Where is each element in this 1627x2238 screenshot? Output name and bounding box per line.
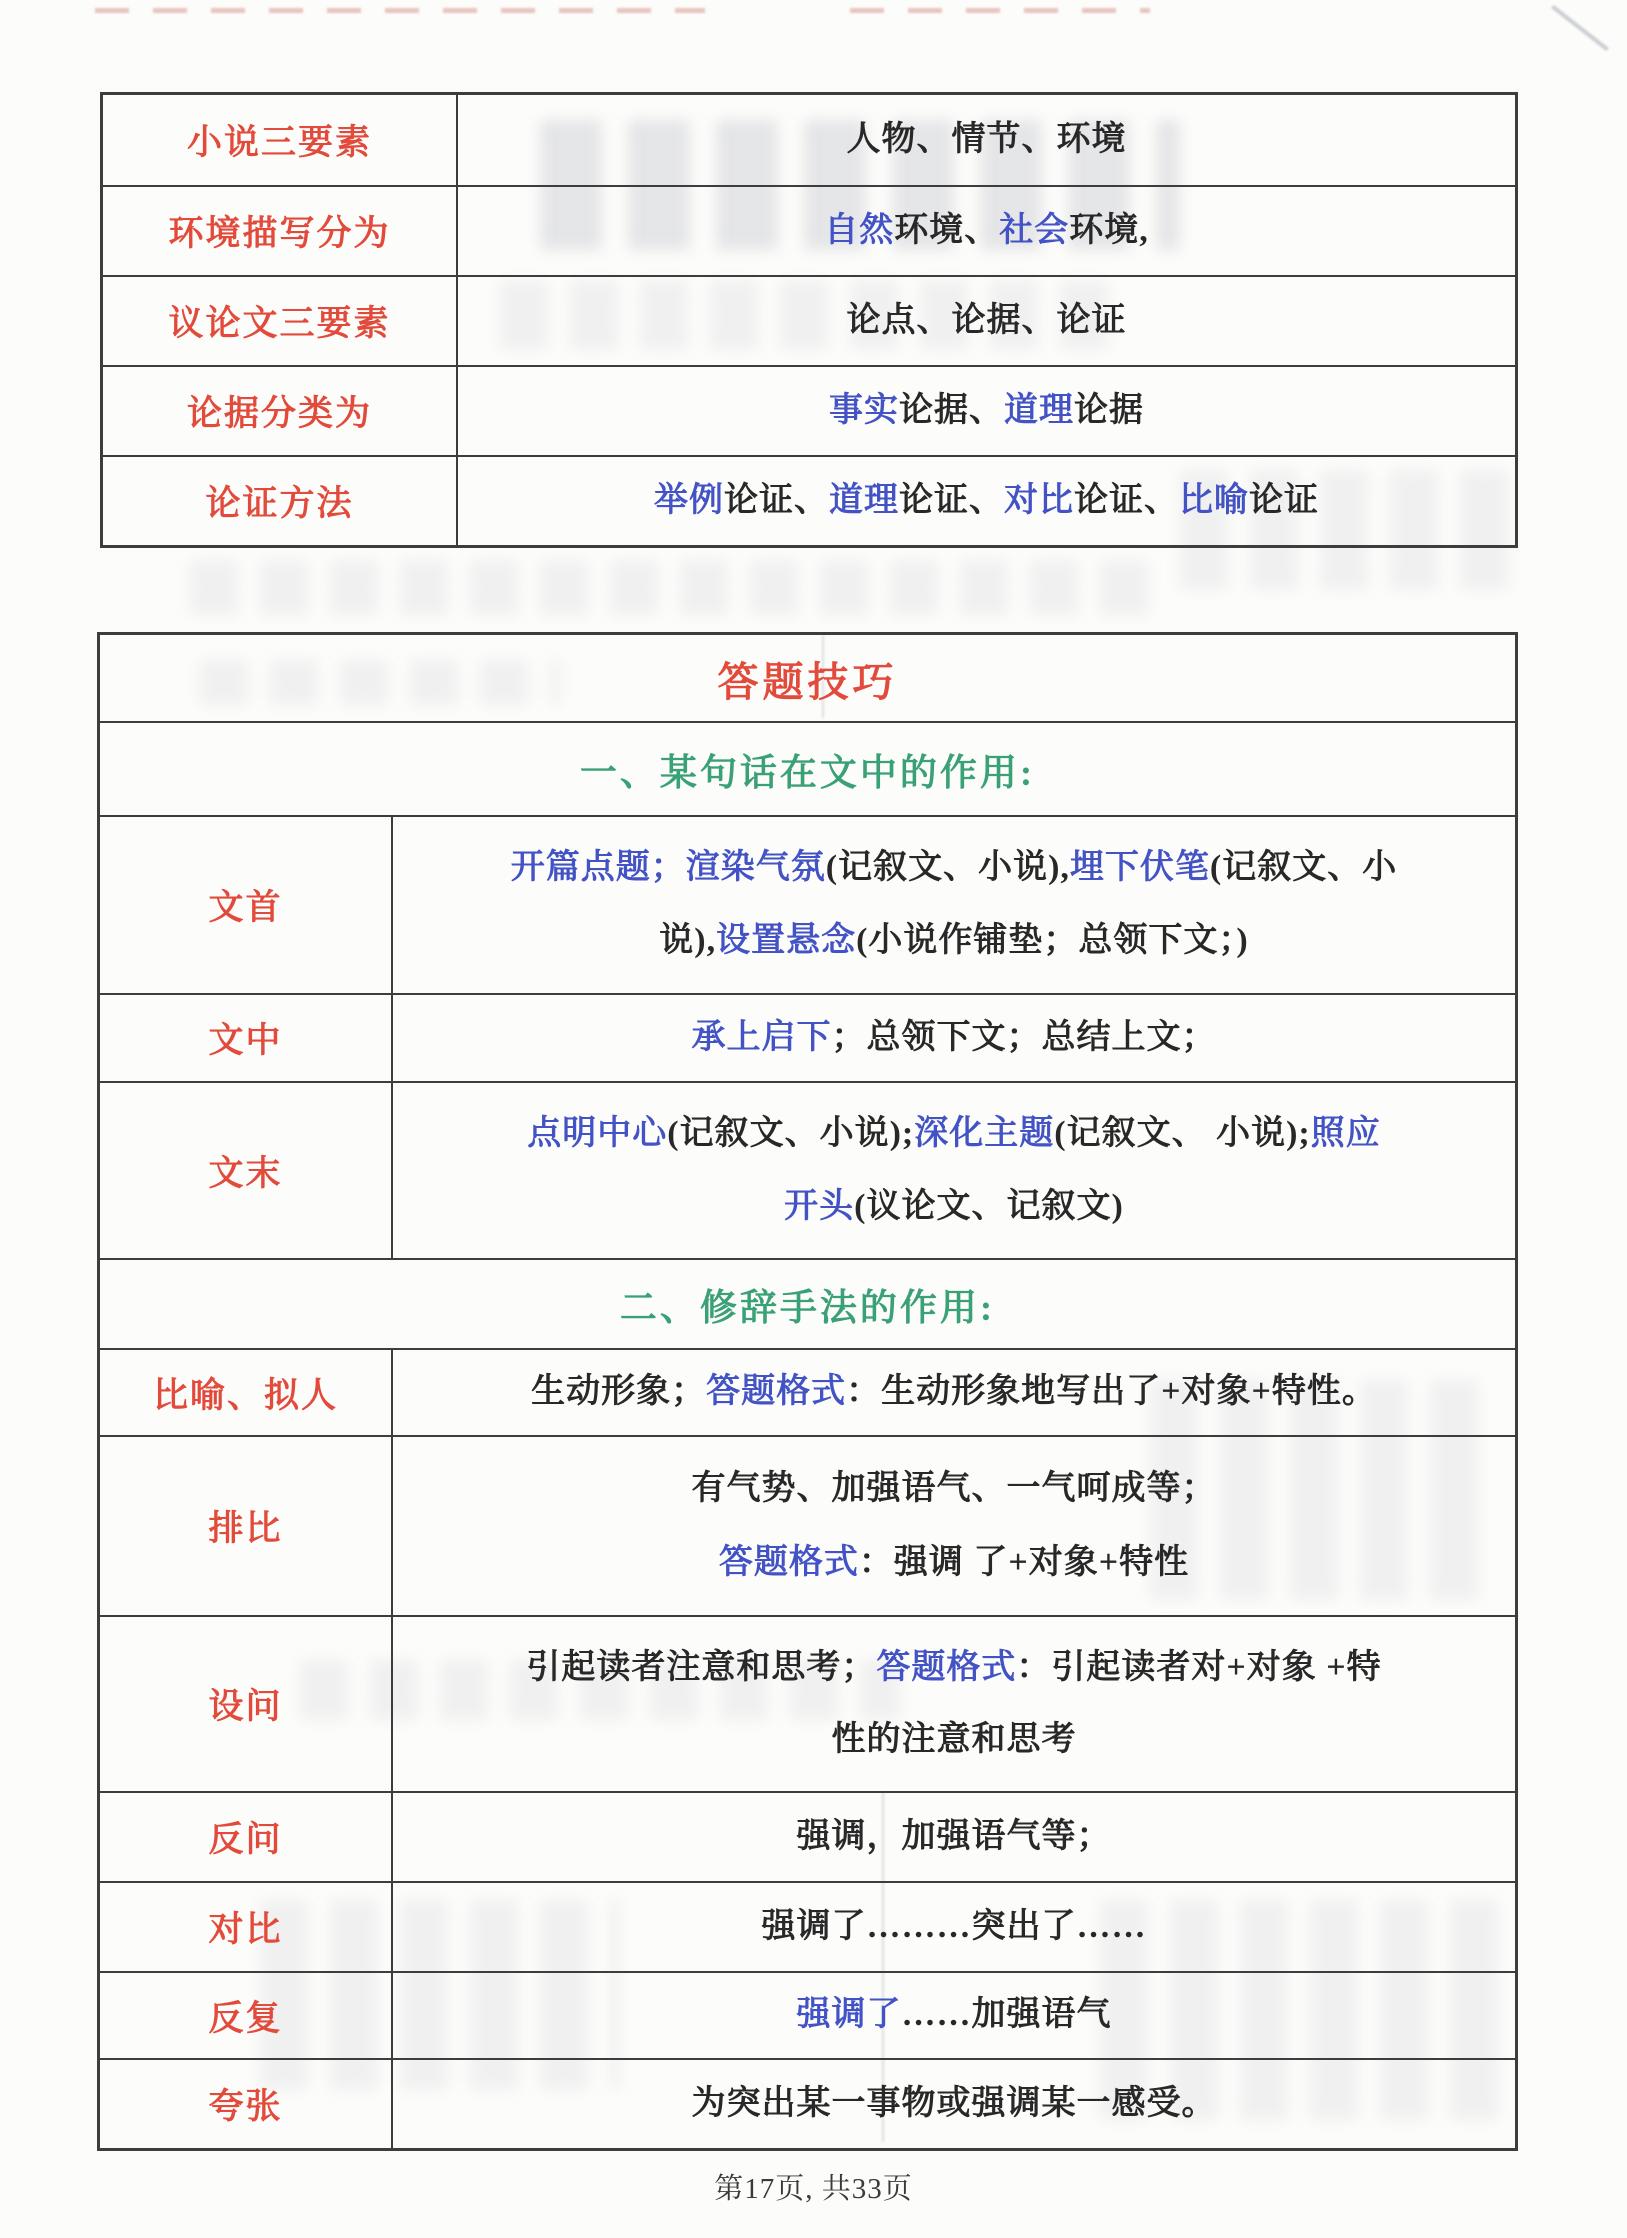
row-content: 事实论据、道理论据 bbox=[458, 367, 1515, 455]
literary-elements-table: 小说三要素人物、情节、环境环境描写分为自然环境、社会环境,议论文三要素论点、论据… bbox=[100, 92, 1518, 548]
red-scan-dashes bbox=[850, 8, 1150, 13]
text-segment: 论点、论据、论证 bbox=[847, 302, 1127, 339]
text-segment: ……加强语气 bbox=[902, 1996, 1112, 2033]
row-label: 比喻、拟人 bbox=[100, 1350, 393, 1435]
table-row: 小说三要素人物、情节、环境 bbox=[103, 95, 1515, 185]
text-segment: 深化主题 bbox=[914, 1115, 1054, 1152]
row-content: 人物、情节、环境 bbox=[458, 95, 1515, 185]
table-row: 设问引起读者注意和思考；答题格式：引起读者对+对象 +特性的注意和思考 bbox=[100, 1615, 1515, 1791]
text-line: 论点、论据、论证 bbox=[847, 300, 1127, 343]
text-segment: 说), bbox=[659, 922, 716, 959]
table-row: 文中承上启下；总领下文；总结上文； bbox=[100, 993, 1515, 1081]
table-row: 排比有气势、加强语气、一气呵成等；答题格式：强调 了+对象+特性 bbox=[100, 1435, 1515, 1615]
row-content: 自然环境、社会环境, bbox=[458, 187, 1515, 275]
text-segment: 答题格式 bbox=[706, 1373, 846, 1410]
text-segment: 渲染气氛 bbox=[686, 849, 826, 886]
text-segment: 论据 bbox=[1074, 392, 1144, 429]
table-row: 论据分类为事实论据、道理论据 bbox=[103, 365, 1515, 455]
text-segment: 道理 bbox=[829, 482, 899, 519]
row-label: 小说三要素 bbox=[103, 95, 458, 185]
text-segment: ：生动形象地写出了+对象+特性。 bbox=[846, 1373, 1377, 1410]
row-content: 为突出某一事物或强调某一感受。 bbox=[393, 2060, 1515, 2148]
table-row: 对比强调了………突出了…… bbox=[100, 1881, 1515, 1971]
text-segment: 论证、 bbox=[1074, 482, 1179, 519]
row-content: 强调了……加强语气 bbox=[393, 1973, 1515, 2058]
page-number: 第17页, 共33页 bbox=[0, 2166, 1627, 2207]
text-segment: 生动形象； bbox=[531, 1373, 706, 1410]
text-segment: 论证 bbox=[1249, 482, 1319, 519]
text-segment: (记叙文、小说); bbox=[667, 1115, 914, 1152]
row-content: 有气势、加强语气、一气呵成等；答题格式：强调 了+对象+特性 bbox=[393, 1437, 1515, 1615]
text-segment: 论证、 bbox=[724, 482, 829, 519]
row-label: 对比 bbox=[100, 1883, 393, 1971]
text-segment: ：引起读者对+对象 +特 bbox=[1016, 1649, 1381, 1686]
table-row: 文首开篇点题；渲染气氛(记叙文、小说),埋下伏笔(记叙文、小说),设置悬念(小说… bbox=[100, 815, 1515, 993]
row-content: 生动形象；答题格式：生动形象地写出了+对象+特性。 bbox=[393, 1350, 1515, 1435]
text-segment: 承上启下 bbox=[692, 1019, 832, 1056]
row-label: 文首 bbox=[100, 817, 393, 993]
row-label: 反问 bbox=[100, 1793, 393, 1881]
table-row: 夸张为突出某一事物或强调某一感受。 bbox=[100, 2058, 1515, 2148]
text-segment: 强调了………突出了…… bbox=[762, 1908, 1147, 1945]
table-row: 反复强调了……加强语气 bbox=[100, 1971, 1515, 2058]
text-segment: 环境、 bbox=[894, 212, 999, 249]
text-line: 自然环境、社会环境, bbox=[824, 210, 1149, 253]
text-line: 承上启下；总领下文；总结上文； bbox=[692, 1017, 1217, 1060]
row-label: 环境描写分为 bbox=[103, 187, 458, 275]
text-segment: (小说作铺垫；总领下文；) bbox=[856, 922, 1249, 959]
text-segment: 论据、 bbox=[899, 392, 1004, 429]
text-line: 强调了……加强语气 bbox=[797, 1994, 1112, 2037]
text-segment: 性的注意和思考 bbox=[832, 1721, 1077, 1758]
text-segment: 设置悬念 bbox=[716, 922, 856, 959]
text-segment: (记叙文、小 bbox=[1210, 849, 1397, 886]
text-line: 引起读者注意和思考；答题格式：引起读者对+对象 +特 bbox=[526, 1647, 1381, 1690]
text-segment: 比喻 bbox=[1179, 482, 1249, 519]
row-label: 反复 bbox=[100, 1973, 393, 2058]
row-label: 议论文三要素 bbox=[103, 277, 458, 365]
row-content: 举例论证、道理论证、对比论证、比喻论证 bbox=[458, 457, 1515, 545]
table-row: 文末点明中心(记叙文、小说);深化主题(记叙文、 小说);照应开头(议论文、记叙… bbox=[100, 1081, 1515, 1258]
text-segment: 强调，加强语气等； bbox=[797, 1818, 1112, 1855]
row-label: 文中 bbox=[100, 995, 393, 1081]
row-content: 强调，加强语气等； bbox=[393, 1793, 1515, 1881]
row-content: 论点、论据、论证 bbox=[458, 277, 1515, 365]
section-heading: 一、某句话在文中的作用: bbox=[100, 721, 1515, 815]
text-line: 开头(议论文、记叙文) bbox=[784, 1186, 1124, 1229]
text-segment: (记叙文、小说), bbox=[826, 849, 1070, 886]
text-line: 开篇点题；渲染气氛(记叙文、小说),埋下伏笔(记叙文、小 bbox=[511, 847, 1397, 890]
row-label: 夸张 bbox=[100, 2060, 393, 2148]
text-line: 点明中心(记叙文、小说);深化主题(记叙文、 小说);照应 bbox=[527, 1113, 1380, 1156]
text-segment: 答题格式 bbox=[719, 1544, 859, 1581]
text-segment: 自然 bbox=[824, 212, 894, 249]
table-row: 议论文三要素论点、论据、论证 bbox=[103, 275, 1515, 365]
row-label: 设问 bbox=[100, 1617, 393, 1791]
text-segment: 有气势、加强语气、一气呵成等； bbox=[692, 1470, 1217, 1507]
text-segment: 引起读者注意和思考； bbox=[526, 1649, 876, 1686]
text-segment: 为突出某一事物或强调某一感受。 bbox=[692, 2085, 1217, 2122]
table-row: 反问强调，加强语气等； bbox=[100, 1791, 1515, 1881]
text-segment: 事实 bbox=[829, 392, 899, 429]
text-segment: 点明中心 bbox=[527, 1115, 667, 1152]
text-line: 说),设置悬念(小说作铺垫；总领下文；) bbox=[659, 920, 1248, 963]
text-segment: 照应 bbox=[1311, 1115, 1381, 1152]
table-row: 环境描写分为自然环境、社会环境, bbox=[103, 185, 1515, 275]
row-content: 点明中心(记叙文、小说);深化主题(记叙文、 小说);照应开头(议论文、记叙文) bbox=[393, 1083, 1515, 1258]
text-line: 为突出某一事物或强调某一感受。 bbox=[692, 2083, 1217, 2126]
text-segment: 开篇点题； bbox=[511, 849, 686, 886]
text-segment: 人物、情节、环境 bbox=[847, 121, 1127, 158]
text-line: 答题格式：强调 了+对象+特性 bbox=[719, 1542, 1189, 1585]
row-label: 排比 bbox=[100, 1437, 393, 1615]
row-label: 论证方法 bbox=[103, 457, 458, 545]
row-content: 引起读者注意和思考；答题格式：引起读者对+对象 +特性的注意和思考 bbox=[393, 1617, 1515, 1791]
text-segment: 对比 bbox=[1004, 482, 1074, 519]
text-line: 生动形象；答题格式：生动形象地写出了+对象+特性。 bbox=[531, 1371, 1377, 1414]
corner-pen-mark bbox=[1551, 5, 1609, 51]
scanned-document-page: 小说三要素人物、情节、环境环境描写分为自然环境、社会环境,议论文三要素论点、论据… bbox=[0, 0, 1627, 2238]
text-segment: 社会 bbox=[999, 212, 1069, 249]
text-segment: 环境, bbox=[1069, 212, 1149, 249]
table-row: 论证方法举例论证、道理论证、对比论证、比喻论证 bbox=[103, 455, 1515, 545]
text-segment: ：强调 了+对象+特性 bbox=[859, 1544, 1189, 1581]
section-heading: 二、修辞手法的作用: bbox=[100, 1258, 1515, 1348]
row-label: 论据分类为 bbox=[103, 367, 458, 455]
text-segment: ；总领下文；总结上文； bbox=[832, 1019, 1217, 1056]
red-scan-dashes bbox=[95, 8, 705, 13]
row-label: 文末 bbox=[100, 1083, 393, 1258]
text-segment: 强调了 bbox=[797, 1996, 902, 2033]
text-segment: 举例 bbox=[654, 482, 724, 519]
text-segment: 论证、 bbox=[899, 482, 1004, 519]
table-row: 比喻、拟人生动形象；答题格式：生动形象地写出了+对象+特性。 bbox=[100, 1348, 1515, 1435]
text-line: 事实论据、道理论据 bbox=[829, 390, 1144, 433]
text-line: 有气势、加强语气、一气呵成等； bbox=[692, 1468, 1217, 1511]
text-segment: 答题格式 bbox=[876, 1649, 1016, 1686]
text-segment: 开头 bbox=[784, 1188, 854, 1225]
text-segment: 道理 bbox=[1004, 392, 1074, 429]
table-title: 答题技巧 bbox=[100, 635, 1515, 721]
text-segment: 埋下伏笔 bbox=[1070, 849, 1210, 886]
answer-techniques-table: 答题技巧 一、某句话在文中的作用:文首开篇点题；渲染气氛(记叙文、小说),埋下伏… bbox=[97, 632, 1518, 2151]
row-content: 承上启下；总领下文；总结上文； bbox=[393, 995, 1515, 1081]
text-line: 人物、情节、环境 bbox=[847, 119, 1127, 162]
text-line: 强调，加强语气等； bbox=[797, 1816, 1112, 1859]
text-line: 性的注意和思考 bbox=[832, 1719, 1077, 1762]
row-content: 开篇点题；渲染气氛(记叙文、小说),埋下伏笔(记叙文、小说),设置悬念(小说作铺… bbox=[393, 817, 1515, 993]
text-segment: (记叙文、 小说); bbox=[1054, 1115, 1310, 1152]
bleedthrough-smudge bbox=[190, 560, 1170, 615]
text-line: 强调了………突出了…… bbox=[762, 1906, 1147, 1949]
row-content: 强调了………突出了…… bbox=[393, 1883, 1515, 1971]
text-segment: (议论文、记叙文) bbox=[854, 1188, 1124, 1225]
text-line: 举例论证、道理论证、对比论证、比喻论证 bbox=[654, 480, 1319, 523]
